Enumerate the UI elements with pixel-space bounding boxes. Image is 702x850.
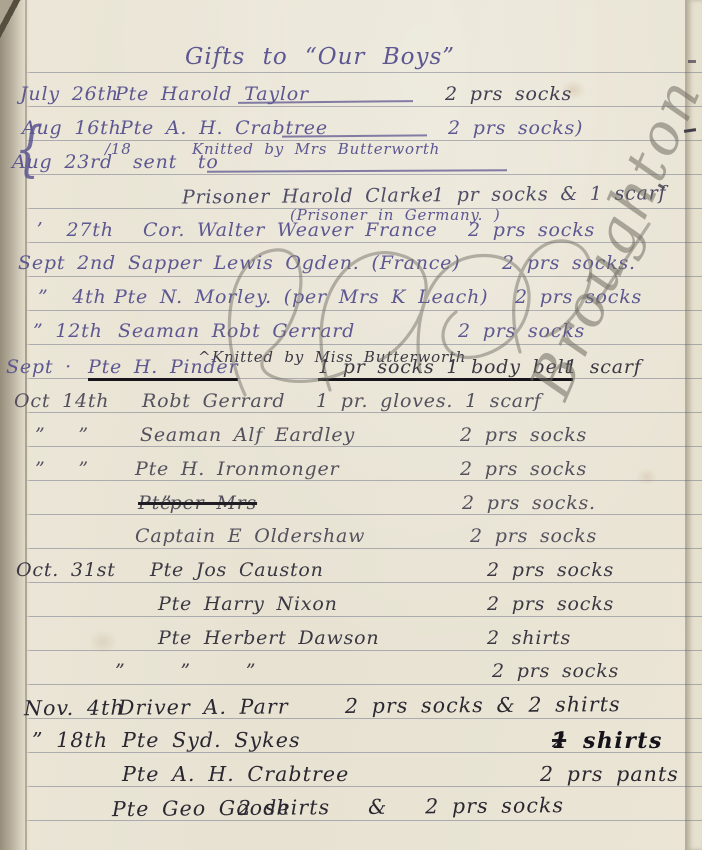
entry-date: July 26th [20,83,119,105]
ledger-row: ” ” ” 2 prs socks [0,660,702,692]
ledger-row: Captain E Oldershaw 2 prs socks [0,525,702,557]
ledger-row: Nov. 4th Driver A. Parr 2 prs socks & 2 … [0,692,702,729]
entry-name: Prisoner Harold Clarke. [182,184,441,208]
ledger-row: Oct 14th Robt Gerrard 1 pr. gloves. 1 sc… [0,390,702,422]
entry-value: 2 prs socks [487,559,614,581]
entry-date: Aug 23rd [12,151,113,173]
entry-date: ” ” [35,458,89,480]
entry-value: 2 shirts & 2 prs socks [238,793,564,820]
entry-name: Captain E Oldershaw [135,525,365,547]
page-title: Gifts to “Our Boys” [185,44,455,70]
entry-value: 2 prs socks [445,83,572,105]
ledger-row: Pte Herbert Dawson 2 shirts [0,627,702,659]
entry-name: Seaman Alf Eardley [140,424,355,446]
entry-date: Oct. 31st [16,559,116,581]
ledger-row: Aug 23rd sent to [0,151,702,183]
ledger-row: Pte Geo Goode 2 shirts & 2 prs socks [0,792,702,830]
entry-name: Pte Harry Nixon [158,593,338,615]
entry-date: Sept 2nd [18,252,116,274]
entry-name: Sapper Lewis Ogden. (France) [128,252,460,274]
ledger-row: Pte A. H. Crabtree 2 prs pants [0,762,702,794]
entry-date: Aug 16th [22,117,122,139]
entry-value: 1 pr. gloves. 1 scarf [316,390,542,412]
entry-date: Oct 14th [14,390,109,412]
entry-name: Cor. Walter Weaver France [143,219,438,241]
entry-name: sent to [133,151,219,173]
entry-value: 2 shirts [487,627,571,649]
entry-date: Nov. 4th [24,696,125,721]
entry-value: 2 prs socks. [462,492,596,514]
entry-value: 2 prs socks) [448,117,583,139]
entry-value: 2 prs socks & 2 shirts [345,692,621,718]
entry-date: ” 12th [33,320,103,342]
entry-date: Sept · [6,356,72,378]
ledger-row: ” 18th Pte Syd. Sykes 21 shirts [0,728,702,760]
entry-date: ” 4th [38,286,107,308]
entry-name-part: ” [138,492,172,514]
entry-value: 2 prs socks [492,660,619,682]
page-title-row: Gifts to “Our Boys” [0,44,702,76]
entry-name: Robt Gerrard [142,390,285,412]
entry-value: 2 prs socks [468,219,595,241]
entry-value: 2 prs socks [487,593,614,615]
ledger-row: Pte Harry Nixon 2 prs socks [0,593,702,625]
entry-date: ʼ 27th [36,219,114,241]
ledger-row: July 26th Pte Harold Taylor 2 prs socks [0,83,702,115]
notebook-page: Gifts to “Our Boys” { July 26th Pte Haro… [0,0,702,850]
ledger-row: ” ” Seaman Alf Eardley 2 prs socks [0,424,702,456]
entry-name-dittos: ” ” ” [115,660,256,682]
entry-value: 2 prs pants [540,762,679,786]
entry-value-bold: 1 shirts [552,728,663,754]
entry-value: 2 prs socks [470,525,597,547]
entry-name: Pte H. Pinder [88,356,238,381]
entry-date: ” ” [35,424,89,446]
entry-value: 2 prs socks [460,424,587,446]
entry-value: 2 prs socks [460,458,587,480]
entry-name: Seaman Robt Gerrard [118,320,355,342]
entry-name: Pte A. H. Crabtree [122,762,349,786]
entry-name: Pte H. Ironmonger [135,458,339,480]
ledger-row: ” ” Pte H. Ironmonger 2 prs socks [0,458,702,490]
ledger-row: Pte — per Mrs ” 2 prs socks. [0,492,702,524]
entry-name: Pte Jos Causton [150,559,324,581]
entry-name: Pte Herbert Dawson [158,627,379,649]
entry-name: Driver A. Parr [118,694,289,719]
entry-name: Pte N. Morley. (per Mrs K Leach) [114,286,488,308]
entry-name: Pte Syd. Sykes [122,728,301,752]
entry-date: ” 18th [32,728,108,752]
ledger-row: Oct. 31st Pte Jos Causton 2 prs socks [0,559,702,591]
